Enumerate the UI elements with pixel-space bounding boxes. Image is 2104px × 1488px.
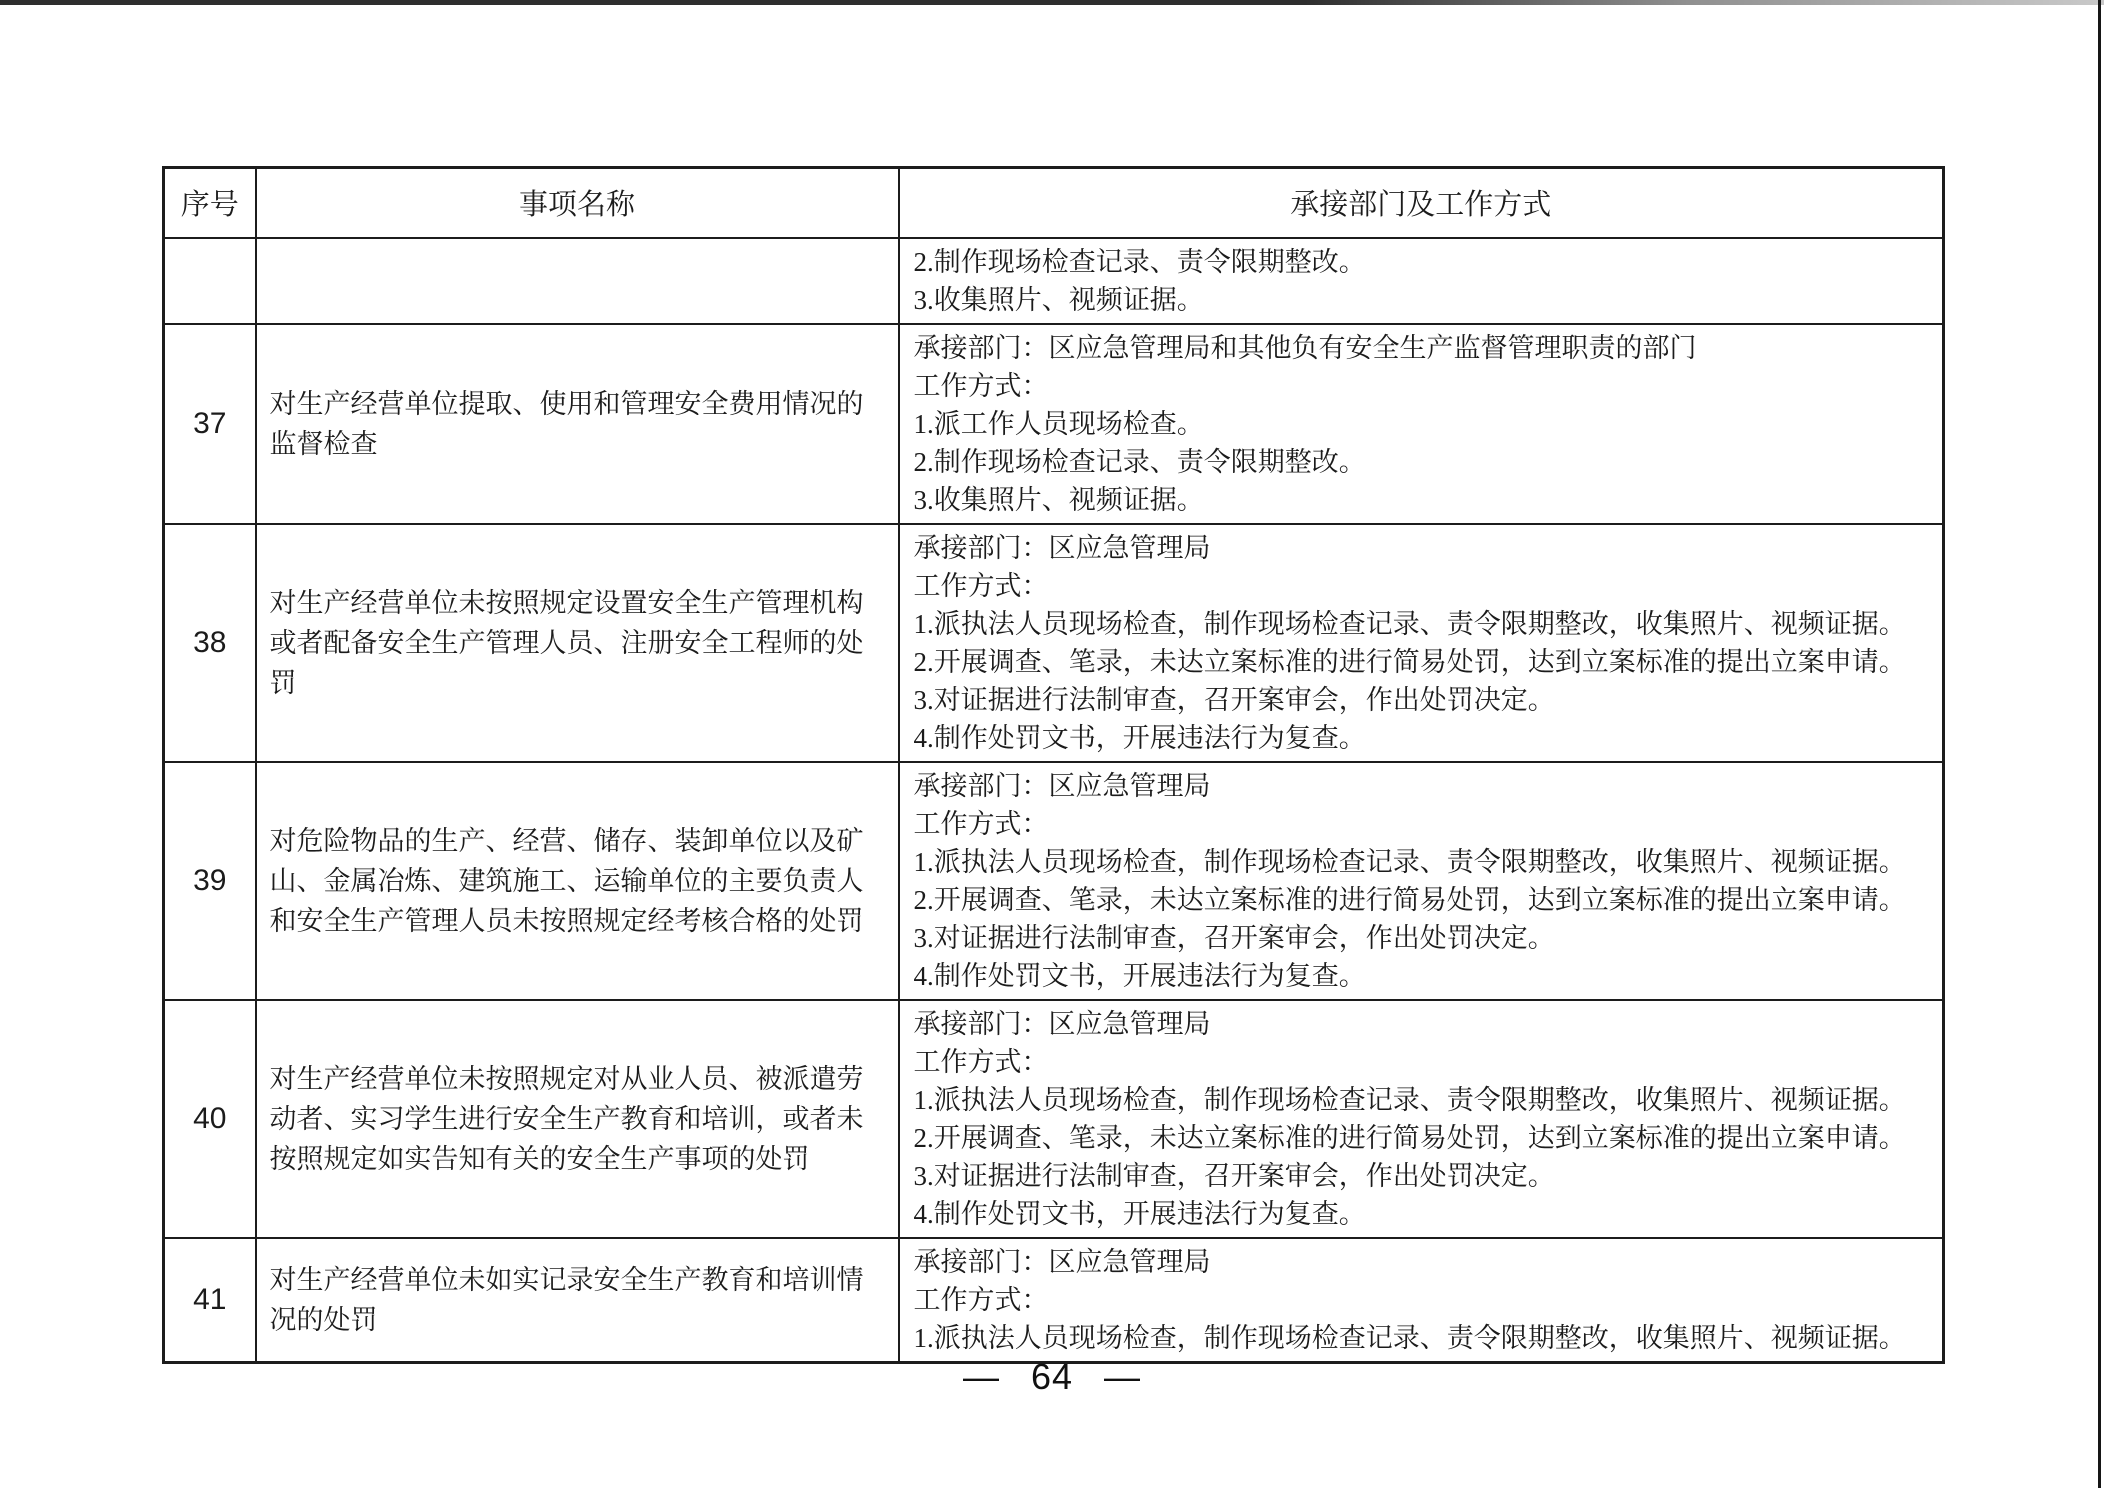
detail-cell: 承接部门：区应急管理局 工作方式： 1.派执法人员现场检查，制作现场检查记录、责… xyxy=(899,1238,1944,1363)
table-row: 2.制作现场检查记录、责令限期整改。 3.收集照片、视频证据。 xyxy=(164,238,1944,324)
row-number-cell: 40 xyxy=(164,1000,256,1238)
item-name-cell xyxy=(256,238,899,324)
detail-line: 3.收集照片、视频证据。 xyxy=(914,281,1935,319)
header-col-name: 事项名称 xyxy=(256,168,899,238)
detail-line: 3.对证据进行法制审查，召开案审会，作出处罚决定。 xyxy=(914,919,1935,957)
detail-line: 工作方式： xyxy=(914,567,1935,605)
detail-line: 2.制作现场检查记录、责令限期整改。 xyxy=(914,443,1935,481)
detail-cell: 承接部门：区应急管理局 工作方式： 1.派执法人员现场检查，制作现场检查记录、责… xyxy=(899,762,1944,1000)
detail-line: 4.制作处罚文书，开展违法行为复查。 xyxy=(914,719,1935,757)
item-name-cell: 对危险物品的生产、经营、储存、装卸单位以及矿山、金属冶炼、建筑施工、运输单位的主… xyxy=(256,762,899,1000)
table-row: 41 对生产经营单位未如实记录安全生产教育和培训情况的处罚 承接部门：区应急管理… xyxy=(164,1238,1944,1363)
items-table: 序号 事项名称 承接部门及工作方式 2.制作现场检查记录、责令限期整改。 3.收… xyxy=(162,166,1945,1364)
detail-line: 承接部门：区应急管理局 xyxy=(914,767,1935,805)
table-row: 40 对生产经营单位未按照规定对从业人员、被派遣劳动者、实习学生进行安全生产教育… xyxy=(164,1000,1944,1238)
detail-line: 3.收集照片、视频证据。 xyxy=(914,481,1935,519)
detail-line: 1.派执法人员现场检查，制作现场检查记录、责令限期整改，收集照片、视频证据。 xyxy=(914,843,1935,881)
detail-cell: 承接部门：区应急管理局和其他负有安全生产监督管理职责的部门 工作方式： 1.派工… xyxy=(899,324,1944,524)
item-name-cell: 对生产经营单位未如实记录安全生产教育和培训情况的处罚 xyxy=(256,1238,899,1363)
detail-line: 承接部门：区应急管理局和其他负有安全生产监督管理职责的部门 xyxy=(914,329,1935,367)
detail-line: 承接部门：区应急管理局 xyxy=(914,529,1935,567)
item-name-cell: 对生产经营单位提取、使用和管理安全费用情况的监督检查 xyxy=(256,324,899,524)
detail-line: 1.派执法人员现场检查，制作现场检查记录、责令限期整改，收集照片、视频证据。 xyxy=(914,1319,1935,1357)
item-name-cell: 对生产经营单位未按照规定对从业人员、被派遣劳动者、实习学生进行安全生产教育和培训… xyxy=(256,1000,899,1238)
detail-line: 1.派执法人员现场检查，制作现场检查记录、责令限期整改，收集照片、视频证据。 xyxy=(914,1081,1935,1119)
detail-line: 2.制作现场检查记录、责令限期整改。 xyxy=(914,243,1935,281)
detail-cell: 2.制作现场检查记录、责令限期整改。 3.收集照片、视频证据。 xyxy=(899,238,1944,324)
detail-line: 承接部门：区应急管理局 xyxy=(914,1243,1935,1281)
detail-line: 1.派工作人员现场检查。 xyxy=(914,405,1935,443)
detail-line: 2.开展调查、笔录，未达立案标准的进行简易处罚，达到立案标准的提出立案申请。 xyxy=(914,1119,1935,1157)
row-number-cell: 39 xyxy=(164,762,256,1000)
detail-line: 3.对证据进行法制审查，召开案审会，作出处罚决定。 xyxy=(914,1157,1935,1195)
page-number: — 64 — xyxy=(0,1356,2104,1398)
scan-edge-top xyxy=(0,0,2104,5)
detail-line: 工作方式： xyxy=(914,367,1935,405)
detail-line: 工作方式： xyxy=(914,1043,1935,1081)
table-row: 39 对危险物品的生产、经营、储存、装卸单位以及矿山、金属冶炼、建筑施工、运输单… xyxy=(164,762,1944,1000)
detail-cell: 承接部门：区应急管理局 工作方式： 1.派执法人员现场检查，制作现场检查记录、责… xyxy=(899,1000,1944,1238)
row-number-cell: 37 xyxy=(164,324,256,524)
detail-line: 工作方式： xyxy=(914,805,1935,843)
detail-line: 4.制作处罚文书，开展违法行为复查。 xyxy=(914,1195,1935,1233)
row-number-cell: 41 xyxy=(164,1238,256,1363)
detail-line: 2.开展调查、笔录，未达立案标准的进行简易处罚，达到立案标准的提出立案申请。 xyxy=(914,881,1935,919)
detail-line: 工作方式： xyxy=(914,1281,1935,1319)
detail-line: 2.开展调查、笔录，未达立案标准的进行简易处罚，达到立案标准的提出立案申请。 xyxy=(914,643,1935,681)
detail-line: 1.派执法人员现场检查，制作现场检查记录、责令限期整改，收集照片、视频证据。 xyxy=(914,605,1935,643)
detail-line: 4.制作处罚文书，开展违法行为复查。 xyxy=(914,957,1935,995)
row-number-cell xyxy=(164,238,256,324)
table-row: 37 对生产经营单位提取、使用和管理安全费用情况的监督检查 承接部门：区应急管理… xyxy=(164,324,1944,524)
table-row: 38 对生产经营单位未按照规定设置安全生产管理机构或者配备安全生产管理人员、注册… xyxy=(164,524,1944,762)
header-col-detail: 承接部门及工作方式 xyxy=(899,168,1944,238)
detail-line: 承接部门：区应急管理局 xyxy=(914,1005,1935,1043)
row-number-cell: 38 xyxy=(164,524,256,762)
detail-line: 3.对证据进行法制审查，召开案审会，作出处罚决定。 xyxy=(914,681,1935,719)
detail-cell: 承接部门：区应急管理局 工作方式： 1.派执法人员现场检查，制作现场检查记录、责… xyxy=(899,524,1944,762)
table-header-row: 序号 事项名称 承接部门及工作方式 xyxy=(164,168,1944,238)
header-col-number: 序号 xyxy=(164,168,256,238)
item-name-cell: 对生产经营单位未按照规定设置安全生产管理机构或者配备安全生产管理人员、注册安全工… xyxy=(256,524,899,762)
scan-edge-right xyxy=(2098,0,2101,1488)
